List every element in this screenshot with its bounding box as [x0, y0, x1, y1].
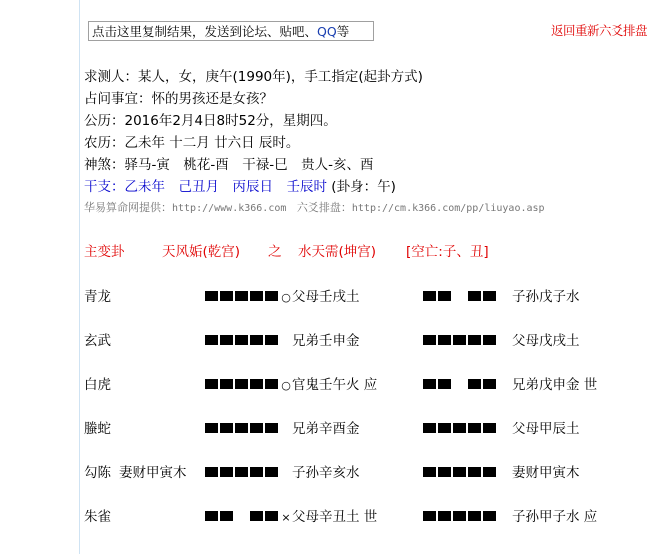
- main-gua-name: 天风姤(乾宫): [162, 240, 240, 260]
- yang-line-icon: [205, 467, 280, 477]
- zhi-text: 之: [268, 240, 282, 260]
- change-yao: 兄弟戊申金 世: [423, 373, 597, 393]
- change-yao: 妻财甲寅木: [423, 461, 580, 481]
- static-mark: [280, 467, 292, 480]
- main-yao: ○官鬼壬午火 应: [205, 373, 377, 393]
- main-yao-text: 兄弟辛酉金: [292, 421, 360, 437]
- change-yao-text: 父母甲辰土: [512, 421, 580, 437]
- copy-result-input[interactable]: 点击这里复制结果，发送到论坛、贴吧、QQ等: [88, 21, 374, 41]
- liuyao-label: 六爻排盘：: [297, 201, 352, 214]
- copy-text-qq: QQ: [317, 24, 337, 39]
- six-god: 玄武: [84, 329, 111, 349]
- yang-line-icon: [205, 291, 280, 301]
- moving-yang-icon: ○: [280, 379, 292, 392]
- six-god: 青龙: [84, 285, 111, 305]
- change-yao-text: 子孙甲子水 应: [512, 509, 597, 525]
- change-yao: 子孙戊子水: [423, 285, 580, 305]
- change-yao-text: 兄弟戊申金 世: [512, 377, 597, 393]
- yang-line-icon: [205, 379, 280, 389]
- yang-line-icon: [423, 423, 498, 433]
- change-yao: 父母戊戌土: [423, 329, 580, 349]
- yin-line-icon: [423, 379, 498, 389]
- asker-info: 求测人：某人，女，庚午(1990年)，手工指定(起卦方式): [84, 65, 423, 85]
- six-god: 勾陈: [84, 461, 111, 481]
- copy-text-end: 等: [337, 24, 350, 39]
- fushen: 妻财甲寅木: [119, 461, 187, 481]
- change-yao-text: 子孙戊子水: [512, 289, 580, 305]
- copy-text: 点击这里复制结果，发送到论坛、贴吧、: [92, 24, 317, 39]
- six-god: 朱雀: [84, 505, 111, 525]
- six-god: 白虎: [84, 373, 111, 393]
- yang-line-icon: [205, 335, 280, 345]
- yin-line-icon: [205, 511, 280, 521]
- main-yao-text: 官鬼壬午火 应: [292, 377, 377, 393]
- main-yao: ×父母辛丑土 世: [205, 505, 377, 525]
- main-yao: 兄弟辛酉金: [205, 417, 360, 437]
- main-yao-text: 兄弟壬申金: [292, 333, 360, 349]
- provider-info: 华易算命网提供：http://www.k366.com 六爻排盘：http://…: [84, 199, 545, 215]
- static-mark: [280, 335, 292, 348]
- liuyao-url: http://cm.k366.com/pp/liuyao.asp: [352, 203, 545, 214]
- back-relayout-link[interactable]: 返回重新六爻排盘: [551, 21, 647, 39]
- yang-line-icon: [423, 511, 498, 521]
- main-yao-text: 父母壬戌土: [292, 289, 360, 305]
- provider-label: 华易算命网提供：: [84, 201, 172, 214]
- lunar-date: 农历：乙未年 十二月 廿六日 辰时。: [84, 131, 299, 151]
- matter-info: 占问事宜：怀的男孩还是女孩？: [84, 87, 273, 107]
- change-yao: 子孙甲子水 应: [423, 505, 597, 525]
- change-yao-text: 妻财甲寅木: [512, 465, 580, 481]
- kongwang-text: [空亡:子、丑]: [406, 240, 489, 260]
- six-god: 螣蛇: [84, 417, 111, 437]
- main-yao: ○父母壬戌土: [205, 285, 360, 305]
- provider-url: http://www.k366.com: [172, 203, 286, 214]
- ganzhi-info: 干支：乙未年 己丑月 丙辰日 壬辰时 (卦身：午): [84, 175, 396, 195]
- moving-yang-icon: ○: [280, 291, 292, 304]
- header-label: 主变卦: [84, 240, 125, 260]
- change-yao-text: 父母戊戌土: [512, 333, 580, 349]
- shensha-info: 神煞：驿马-寅 桃花-酉 干禄-巳 贵人-亥、酉: [84, 153, 374, 173]
- yang-line-icon: [423, 467, 498, 477]
- moving-yin-icon: ×: [280, 511, 292, 524]
- change-yao: 父母甲辰土: [423, 417, 580, 437]
- main-yao: 兄弟壬申金: [205, 329, 360, 349]
- main-yao-text: 子孙辛亥水: [292, 465, 360, 481]
- yang-line-icon: [423, 335, 498, 345]
- yang-line-icon: [205, 423, 280, 433]
- left-border-line: [79, 0, 80, 554]
- change-gua-name: 水天需(坤宫): [298, 240, 376, 260]
- guashen-text: (卦身：午): [331, 179, 396, 195]
- ganzhi-text: 干支：乙未年 己丑月 丙辰日 壬辰时: [84, 179, 327, 195]
- static-mark: [280, 423, 292, 436]
- solar-date: 公历：2016年2月4日8时52分，星期四。: [84, 109, 337, 129]
- main-yao: 子孙辛亥水: [205, 461, 360, 481]
- main-yao-text: 父母辛丑土 世: [292, 509, 377, 525]
- yin-line-icon: [423, 291, 498, 301]
